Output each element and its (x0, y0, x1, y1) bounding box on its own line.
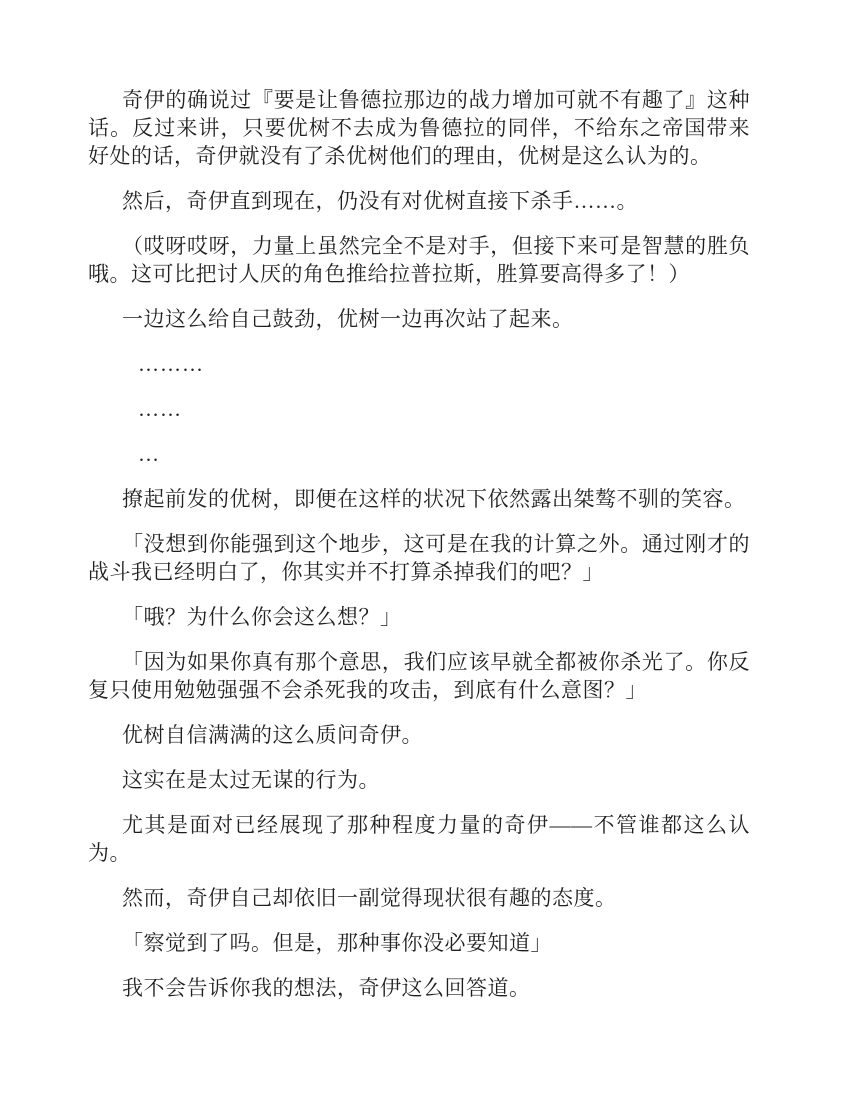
paragraph-dialogue: 「因为如果你真有那个意思，我们应该早就全都被你杀光了。你反复只使用勉勉强强不会杀… (88, 648, 750, 704)
paragraph-narration: 奇伊的确说过『要是让鲁德拉那边的战力增加可就不有趣了』这种话。反过来讲，只要优树… (88, 86, 750, 170)
paragraph-narration: 这实在是太过无谋的行为。 (88, 766, 750, 794)
paragraph-inner-monologue: （哎呀哎呀，力量上虽然完全不是对手，但接下来可是智慧的胜负哦。这可比把讨人厌的角… (88, 232, 750, 288)
paragraph-narration: 尤其是面对已经展现了那种程度力量的奇伊——不管谁都这么认为。 (88, 811, 750, 867)
paragraph-dialogue: 「哦？为什么你会这么想？」 (88, 603, 750, 631)
paragraph-narration: 一边这么给自己鼓劲，优树一边再次站了起来。 (88, 305, 750, 333)
paragraph-dialogue: 「察觉到了吗。但是，那种事你没必要知道」 (88, 929, 750, 957)
novel-page: 奇伊的确说过『要是让鲁德拉那边的战力增加可就不有趣了』这种话。反过来讲，只要优树… (0, 0, 850, 1100)
paragraph-narration: 然后，奇伊直到现在，仍没有对优树直接下杀手……。 (88, 187, 750, 215)
paragraph-dialogue: 「没想到你能强到这个地步，这可是在我的计算之外。通过刚才的战斗我已经明白了，你其… (88, 530, 750, 586)
ellipsis-line: … (88, 440, 750, 468)
ellipsis-line: …… (88, 395, 750, 423)
ellipsis-line: ……… (88, 350, 750, 378)
paragraph-narration: 然而，奇伊自己却依旧一副觉得现状很有趣的态度。 (88, 884, 750, 912)
paragraph-narration: 我不会告诉你我的想法，奇伊这么回答道。 (88, 974, 750, 1002)
paragraph-narration: 优树自信满满的这么质问奇伊。 (88, 721, 750, 749)
paragraph-narration: 撩起前发的优树，即便在这样的状况下依然露出桀骜不驯的笑容。 (88, 485, 750, 513)
